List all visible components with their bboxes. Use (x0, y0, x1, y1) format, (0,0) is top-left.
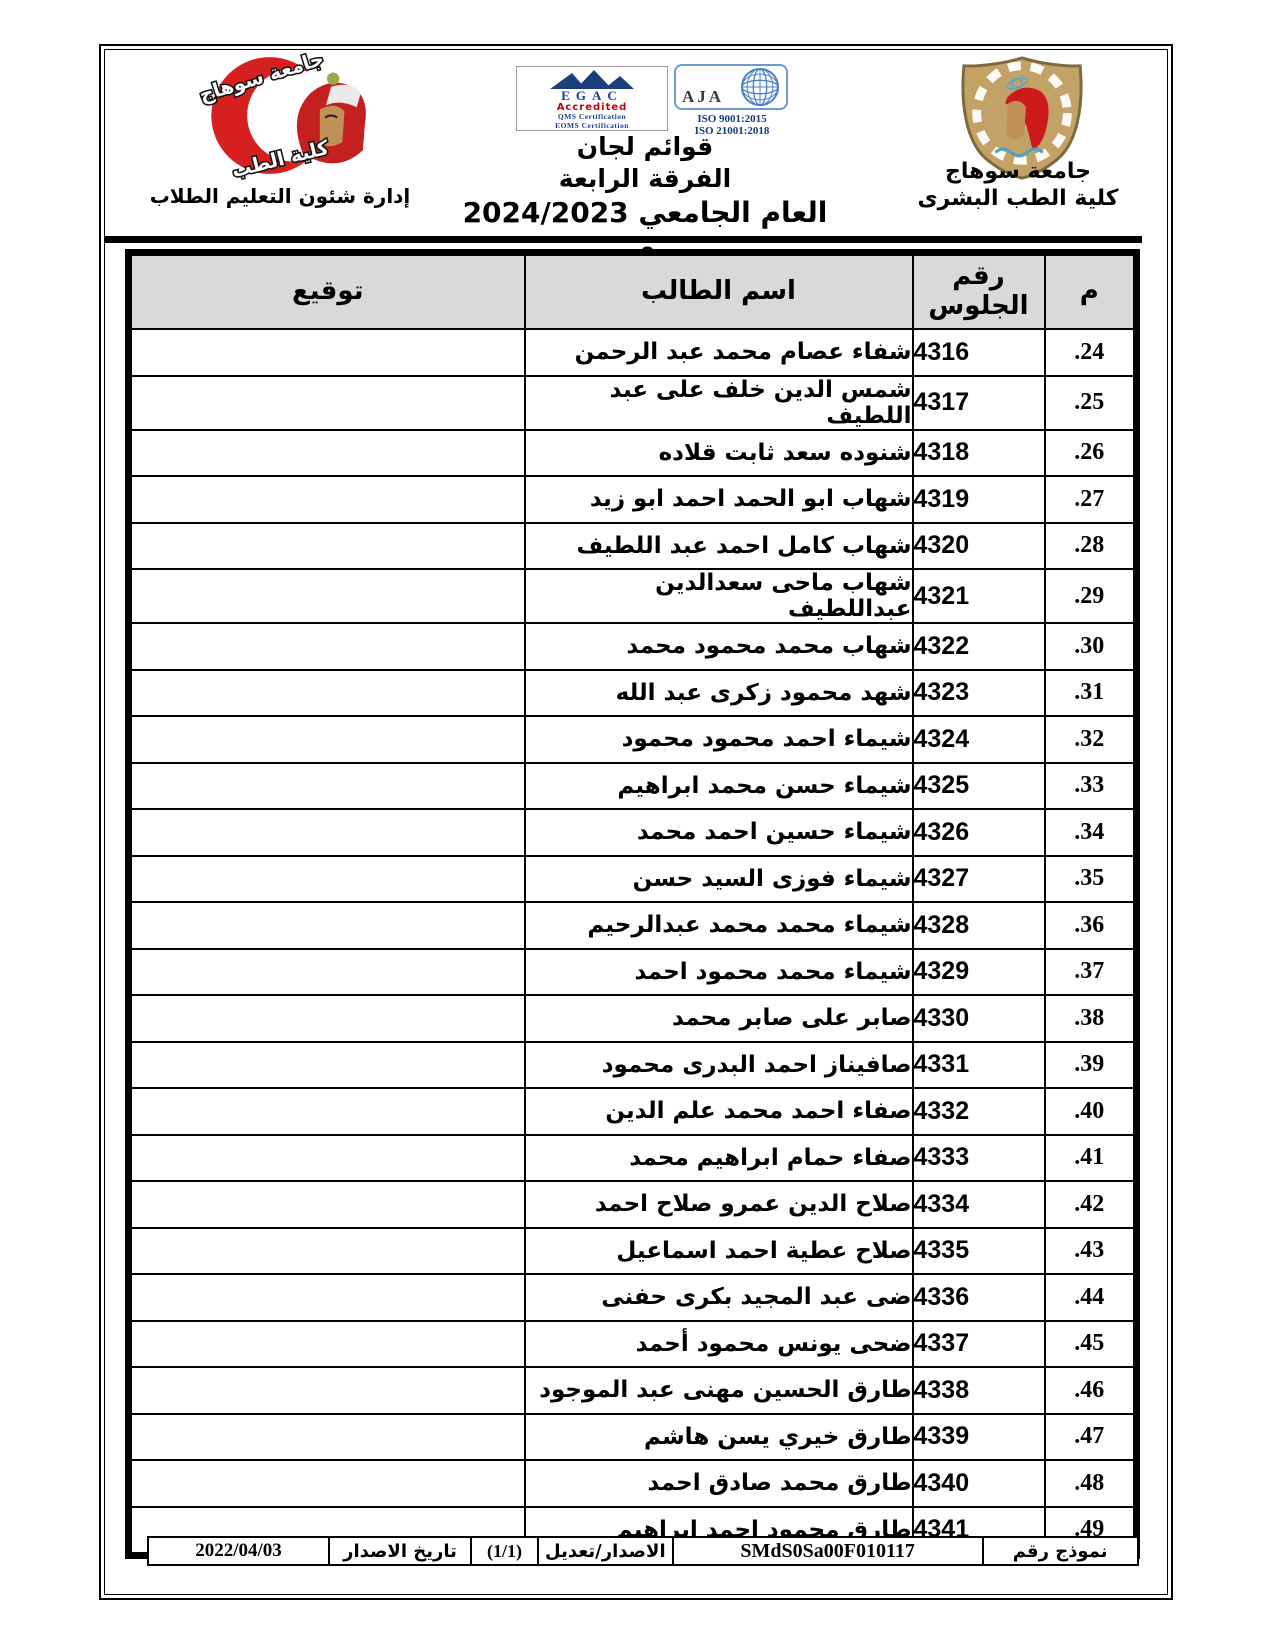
row-number: 31. (1045, 670, 1137, 717)
table-row: 38. 4330 صابر على صابر محمد (129, 995, 1137, 1042)
student-roster-table: م رقم الجلوس اسم الطالب توقيع 24. 4316 ش… (125, 249, 1140, 1559)
row-number: 33. (1045, 763, 1137, 810)
row-number: 48. (1045, 1460, 1137, 1507)
signature-cell[interactable] (129, 856, 525, 903)
seat-number: 4318 (913, 430, 1045, 477)
student-name: صلاح الدين عمرو صلاح احمد (525, 1181, 913, 1228)
aja-name: AJA (682, 87, 724, 107)
column-header-name: اسم الطالب (525, 253, 913, 330)
row-number: 32. (1045, 716, 1137, 763)
aja-globe-icon (740, 67, 780, 107)
seat-number: 4330 (913, 995, 1045, 1042)
document-title-block: قوائم لجان الفرقة الرابعة العام الجامعي … (455, 131, 835, 265)
seat-number: 4328 (913, 902, 1045, 949)
row-number: 44. (1045, 1274, 1137, 1321)
table-header-row: م رقم الجلوس اسم الطالب توقيع (129, 253, 1137, 330)
row-number: 30. (1045, 623, 1137, 670)
student-name: شفاء عصام محمد عبد الرحمن (525, 329, 913, 376)
seat-number: 4321 (913, 569, 1045, 623)
student-name: ضى عبد المجيد بكرى حفنى (525, 1274, 913, 1321)
row-number: 27. (1045, 476, 1137, 523)
issue-date-value: 2022/04/03 (148, 1537, 329, 1565)
table-row: 29. 4321 شهاب ماحى سعدالدين عبداللطيف (129, 569, 1137, 623)
signature-cell[interactable] (129, 949, 525, 996)
table-row: 33. 4325 شيماء حسن محمد ابراهيم (129, 763, 1137, 810)
table-row: 39. 4331 صافيناز احمد البدرى محمود (129, 1042, 1137, 1089)
table-row: 44. 4336 ضى عبد المجيد بكرى حفنى (129, 1274, 1137, 1321)
row-number: 25. (1045, 376, 1137, 430)
table-row: 30. 4322 شهاب محمد محمود محمد (129, 623, 1137, 670)
signature-cell[interactable] (129, 670, 525, 717)
seat-number: 4340 (913, 1460, 1045, 1507)
sohag-medicine-crescent-logo: جامعة سوهاج كلية الطب (170, 52, 398, 180)
table-row: 41. 4333 صفاء حمام ابراهيم محمد (129, 1135, 1137, 1182)
seat-number: 4331 (913, 1042, 1045, 1089)
table-row: 25. 4317 شمس الدين خلف على عبد اللطيف (129, 376, 1137, 430)
form-number-value: SMdS0Sa00F010117 (673, 1537, 983, 1565)
signature-cell[interactable] (129, 569, 525, 623)
student-name: شهاب ماحى سعدالدين عبداللطيف (525, 569, 913, 623)
seat-number: 4322 (913, 623, 1045, 670)
student-name: شيماء احمد محمود محمود (525, 716, 913, 763)
issue-value: (1/1) (471, 1537, 538, 1565)
signature-cell[interactable] (129, 809, 525, 856)
student-name: طارق الحسين مهنى عبد الموجود (525, 1367, 913, 1414)
table-row: 27. 4319 شهاب ابو الحمد احمد ابو زيد (129, 476, 1137, 523)
column-header-seat: رقم الجلوس (913, 253, 1045, 330)
table-row: 36. 4328 شيماء محمد محمد عبدالرحيم (129, 902, 1137, 949)
student-name: صفاء حمام ابراهيم محمد (525, 1135, 913, 1182)
student-name: صلاح عطية احمد اسماعيل (525, 1228, 913, 1275)
table-row: 37. 4329 شيماء محمد محمود احمد (129, 949, 1137, 996)
row-number: 47. (1045, 1414, 1137, 1461)
issue-date-label: تاريخ الاصدار (329, 1537, 471, 1565)
signature-cell[interactable] (129, 329, 525, 376)
row-number: 29. (1045, 569, 1137, 623)
seat-number: 4319 (913, 476, 1045, 523)
table-row: 46. 4338 طارق الحسين مهنى عبد الموجود (129, 1367, 1137, 1414)
signature-cell[interactable] (129, 1135, 525, 1182)
seat-number: 4320 (913, 523, 1045, 570)
student-name: شهاب محمد محمود محمد (525, 623, 913, 670)
student-name: شيماء حسن محمد ابراهيم (525, 763, 913, 810)
table-row: 43. 4335 صلاح عطية احمد اسماعيل (129, 1228, 1137, 1275)
seat-number: 4332 (913, 1088, 1045, 1135)
student-name: شمس الدين خلف على عبد اللطيف (525, 376, 913, 430)
row-number: 35. (1045, 856, 1137, 903)
signature-cell[interactable] (129, 1460, 525, 1507)
table-row: 28. 4320 شهاب كامل احمد عبد اللطيف (129, 523, 1137, 570)
signature-cell[interactable] (129, 1042, 525, 1089)
seat-number: 4327 (913, 856, 1045, 903)
seat-number: 4334 (913, 1181, 1045, 1228)
signature-cell[interactable] (129, 995, 525, 1042)
seat-number: 4325 (913, 763, 1045, 810)
header-separator-rule (104, 236, 1142, 243)
student-name: صابر على صابر محمد (525, 995, 913, 1042)
signature-cell[interactable] (129, 763, 525, 810)
student-name: شهد محمود زكرى عبد الله (525, 670, 913, 717)
student-name: شيماء محمد محمود احمد (525, 949, 913, 996)
university-name: جامعة سوهاج (903, 158, 1133, 185)
student-name: طارق محمد صادق احمد (525, 1460, 913, 1507)
seat-number: 4316 (913, 329, 1045, 376)
row-number: 36. (1045, 902, 1137, 949)
seat-number: 4336 (913, 1274, 1045, 1321)
signature-cell[interactable] (129, 1367, 525, 1414)
student-name: ضحى يونس محمود أحمد (525, 1321, 913, 1368)
table-row: 47. 4339 طارق خيري يسن هاشم (129, 1414, 1137, 1461)
seat-number: 4338 (913, 1367, 1045, 1414)
table-row: 42. 4334 صلاح الدين عمرو صلاح احمد (129, 1181, 1137, 1228)
row-number: 42. (1045, 1181, 1137, 1228)
column-header-number: م (1045, 253, 1137, 330)
student-name: شيماء فوزى السيد حسن (525, 856, 913, 903)
signature-cell[interactable] (129, 716, 525, 763)
table-row: 40. 4332 صفاء احمد محمد علم الدين (129, 1088, 1137, 1135)
row-number: 38. (1045, 995, 1137, 1042)
student-name: صافيناز احمد البدرى محمود (525, 1042, 913, 1089)
issue-label: الاصدار/تعديل (538, 1537, 673, 1565)
table-row: 35. 4327 شيماء فوزى السيد حسن (129, 856, 1137, 903)
table-row: 26. 4318 شنوده سعد ثابت قلاده (129, 430, 1137, 477)
row-number: 24. (1045, 329, 1137, 376)
signature-cell[interactable] (129, 902, 525, 949)
row-number: 28. (1045, 523, 1137, 570)
signature-cell[interactable] (129, 1414, 525, 1461)
iso-line: ISO 9001:2015 (668, 113, 796, 125)
egac-mountains-icon (546, 69, 638, 89)
column-header-signature: توقيع (129, 253, 525, 330)
row-number: 41. (1045, 1135, 1137, 1182)
organization-text: جامعة سوهاج كلية الطب البشرى (903, 158, 1133, 212)
signature-cell[interactable] (129, 523, 525, 570)
student-name: صفاء احمد محمد علم الدين (525, 1088, 913, 1135)
row-number: 46. (1045, 1367, 1137, 1414)
aja-certification-logo: AJA (674, 64, 788, 110)
signature-cell[interactable] (129, 476, 525, 523)
student-table-body: 24. 4316 شفاء عصام محمد عبد الرحمن 25. 4… (129, 329, 1137, 1556)
row-number: 43. (1045, 1228, 1137, 1275)
seat-number: 4317 (913, 376, 1045, 430)
seat-number: 4323 (913, 670, 1045, 717)
student-name: شهاب كامل احمد عبد اللطيف (525, 523, 913, 570)
egac-name: EGAC (517, 89, 667, 102)
seat-number: 4337 (913, 1321, 1045, 1368)
signature-cell[interactable] (129, 1181, 525, 1228)
grade-title: الفرقة الرابعة (455, 163, 835, 195)
signature-cell[interactable] (129, 623, 525, 670)
seat-number: 4335 (913, 1228, 1045, 1275)
row-number: 39. (1045, 1042, 1137, 1089)
signature-cell[interactable] (129, 430, 525, 477)
department-label: إدارة شئون التعليم الطلاب (146, 184, 414, 208)
row-number: 37. (1045, 949, 1137, 996)
student-name: طارق خيري يسن هاشم (525, 1414, 913, 1461)
seat-number: 4329 (913, 949, 1045, 996)
seat-number: 4333 (913, 1135, 1045, 1182)
table-row: 32. 4324 شيماء احمد محمود محمود (129, 716, 1137, 763)
seat-number: 4324 (913, 716, 1045, 763)
student-name: شيماء حسين احمد محمد (525, 809, 913, 856)
row-number: 34. (1045, 809, 1137, 856)
signature-cell[interactable] (129, 1228, 525, 1275)
student-name: شنوده سعد ثابت قلاده (525, 430, 913, 477)
table-row: 45. 4337 ضحى يونس محمود أحمد (129, 1321, 1137, 1368)
page-title: قوائم لجان (455, 131, 835, 163)
signature-cell[interactable] (129, 376, 525, 430)
seat-number: 4339 (913, 1414, 1045, 1461)
student-name: شيماء محمد محمد عبدالرحيم (525, 902, 913, 949)
faculty-name: كلية الطب البشرى (903, 185, 1133, 212)
signature-cell[interactable] (129, 1321, 525, 1368)
row-number: 40. (1045, 1088, 1137, 1135)
egac-accreditation-logo: EGAC Accredited QMS Certification EOMS C… (516, 66, 668, 131)
table-row: 31. 4323 شهد محمود زكرى عبد الله (129, 670, 1137, 717)
row-number: 26. (1045, 430, 1137, 477)
table-row: 48. 4340 طارق محمد صادق احمد (129, 1460, 1137, 1507)
signature-cell[interactable] (129, 1088, 525, 1135)
form-number-label: نموذج رقم (983, 1537, 1138, 1565)
table-row: 34. 4326 شيماء حسين احمد محمد (129, 809, 1137, 856)
signature-cell[interactable] (129, 1274, 525, 1321)
table-row: 24. 4316 شفاء عصام محمد عبد الرحمن (129, 329, 1137, 376)
seat-number: 4326 (913, 809, 1045, 856)
student-name: شهاب ابو الحمد احمد ابو زيد (525, 476, 913, 523)
form-info-table: نموذج رقم SMdS0Sa00F010117 الاصدار/تعديل… (147, 1536, 1139, 1566)
row-number: 45. (1045, 1321, 1137, 1368)
